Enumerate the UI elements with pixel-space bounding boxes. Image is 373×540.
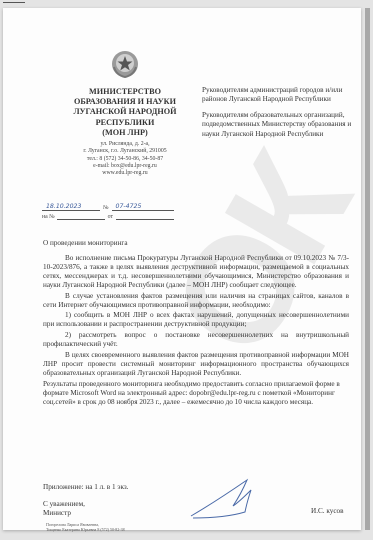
ministry-contacts: ул. Рисляндa, д. 2-а, г. Луганск, г.о. Л… [55,141,195,177]
outgoing-number: 07-4725 [116,203,142,210]
addressee: Руководителям администраций городов и/ил… [202,86,357,105]
org-line: ОБРАЗОВАНИЯ И НАУКИ [55,97,195,107]
body-paragraph: В целях своевременного выявления фактов … [43,351,349,378]
attachment-note: Приложение: на 1 л. в 1 экз. [43,483,128,491]
ministry-name: МИНИСТЕРСТВО ОБРАЗОВАНИЯ И НАУКИ ЛУГАНСК… [55,87,195,138]
letter-subject: О проведении мониторинга [43,239,128,247]
org-line: МИНИСТЕРСТВО [55,87,195,97]
website-line: www.edu.lpr-reg.ru [55,170,195,177]
body-paragraph: В случае установления фактов размещения … [43,292,349,310]
outgoing-date-field: 18.10.2023 [42,202,100,211]
signer-name: И.С. кусов [311,507,344,515]
phone-line: тел.: 8 (572) 34-50-86, 34-50-87 [55,156,195,163]
executor-line: Тищенко Екатерина Юрьевна 8 (572) 50-82-… [46,527,125,532]
body-paragraph: Во исполнение письма Прокуратуры Луганск… [43,254,349,290]
corner-mark [3,2,25,3]
vertical-scrollbar[interactable] [365,8,370,530]
org-line: ЛУГАНСКОЙ НАРОДНОЙ [55,107,195,117]
email-line: e-mail: box@edu.lpr-reg.ru [55,163,195,170]
signer-position: Министр [43,509,85,518]
closing-block: С уважением, Министр [43,500,85,519]
registration-block: 18.10.2023 № 07-4725 на № от [42,202,192,220]
list-item: 2) рассмотреть вопрос о постановке несов… [43,331,349,349]
regards: С уважением, [43,500,85,509]
list-item: 1) сообщить в МОН ЛНР о всех фактах нару… [43,311,349,329]
address-line: г. Луганск, г.о. Луганский, 291005 [55,148,195,155]
org-abbrev: (МОН ЛНР) [55,128,195,138]
org-line: РЕСПУБЛИКИ [55,118,195,128]
outgoing-number-field: 07-4725 [112,202,174,211]
ref-date-field [116,211,174,220]
executors: Погорелова Лариса Явовлевна, Тищенко Ека… [46,522,125,532]
ref-number-field [57,211,105,220]
coat-of-arms-icon [110,49,140,79]
signature-icon [185,472,275,522]
body-paragraph: Результаты проведенного мониторинга необ… [43,380,349,407]
letter-body: Во исполнение письма Прокуратуры Луганск… [43,254,349,407]
outgoing-date: 18.10.2023 [46,203,81,210]
ref-label: на № [42,214,55,220]
addressee: Руководителям образовательных организаци… [202,111,357,139]
addressee-block: Руководителям администраций городов и/ил… [202,86,357,145]
from-label: от [108,214,113,220]
